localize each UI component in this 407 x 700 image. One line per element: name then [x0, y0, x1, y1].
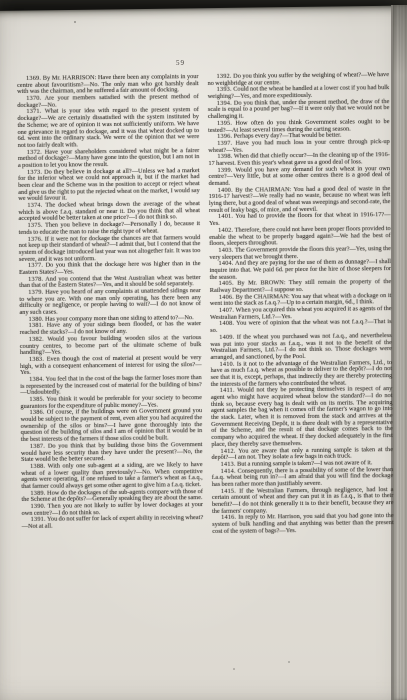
- qa-paragraph: 1373. Do they believe in dockage at all?…: [18, 168, 200, 203]
- qa-text: With only one sub-agent at a siding, are…: [21, 461, 203, 490]
- qa-text: Of course, if the buildings were on Gove…: [21, 407, 203, 443]
- qa-text: Do they believe in dockage at all?—Unles…: [18, 167, 200, 203]
- qa-text: Consequently, there is a possibility of …: [212, 466, 394, 488]
- qa-text: Do you think that by building those bins…: [21, 441, 203, 463]
- qa-text: Is it not to the advantage of the Westra…: [211, 359, 393, 388]
- qa-text: And they are paying for the use of them …: [210, 258, 392, 280]
- qa-paragraph: 1410. Is it not to the advantage of the …: [211, 360, 393, 389]
- qa-text: What is your idea with regard to the pre…: [17, 107, 199, 149]
- text-block: 1369. By Mr. HARRISON: Have there been a…: [17, 72, 394, 537]
- qa-text: How often do you think Government scales…: [208, 118, 390, 134]
- qa-text: You feel that in the cost of the bags th…: [20, 374, 202, 396]
- qa-text: Have you heard of any complaints at unat…: [19, 287, 201, 316]
- page-number: 59: [176, 59, 185, 67]
- qa-text: Would you have any demand for such wheat…: [209, 165, 391, 187]
- qa-text: Do you think that, under the present met…: [208, 98, 390, 120]
- left-column: 1369. By Mr. HARRISON: Have there been a…: [17, 74, 203, 537]
- qa-text: By the CHAIRMAN: You had a good deal of …: [209, 185, 391, 214]
- qa-text: Even though the cost of material at pres…: [20, 354, 202, 376]
- qa-text: By Mr. HARRISON: Have there been any com…: [17, 73, 199, 95]
- qa-paragraph: 1379. Have you heard of any complaints a…: [19, 288, 201, 317]
- scanned-page: { "page": { "number": "59" }, "columns":…: [0, 0, 407, 700]
- qa-paragraph: 1411. Would not they be protecting thems…: [211, 386, 393, 448]
- qa-paragraph: 1409. If the wheat you purchased was not…: [210, 333, 392, 362]
- qa-text: In reply to Mr. Harrison, you said that …: [212, 512, 394, 534]
- qa-paragraph: 1371. What is your idea with regard to t…: [17, 108, 199, 150]
- qa-paragraph: 1415. If the Westralian Farmers, through…: [212, 487, 394, 516]
- qa-paragraph: 1416. In reply to Mr. Harrison, you said…: [212, 513, 394, 535]
- scan-speck: [233, 668, 235, 670]
- qa-text: Have your shareholders considered what m…: [18, 147, 200, 169]
- qa-text: Would not they be protecting themselves …: [211, 385, 393, 447]
- right-column: 1392. Do you think you suffer by the wei…: [207, 72, 393, 535]
- qa-paragraph: 1386. Of course, if the buildings were o…: [21, 408, 203, 443]
- qa-paragraph: 1376. If it were not for dockage the cha…: [19, 235, 201, 264]
- question-number: 1401.: [218, 213, 233, 220]
- qa-paragraph: 1388. With only one sub-agent at a sidin…: [21, 462, 203, 491]
- scan-speck: [74, 21, 76, 23]
- qa-text: If the Westralian Farmers, through negli…: [212, 486, 394, 515]
- qa-text: If the wheat you purchased was not f.a.q…: [210, 332, 392, 361]
- qa-text: Therefore, there could not have been pro…: [209, 225, 391, 247]
- book-fore-edge: [391, 5, 407, 700]
- qa-text: If it were not for dockage the chances a…: [19, 234, 201, 263]
- scan-speck: [288, 661, 290, 663]
- question-number: 1408.: [219, 320, 234, 327]
- qa-text: The docked wheat brings down the average…: [18, 200, 200, 222]
- qa-text: You do not suffer for lack of expert abi…: [22, 514, 204, 530]
- qa-text: Would you favour building wooden silos a…: [20, 334, 202, 356]
- qa-paragraph: 1400. By the CHAIRMAN: You had a good de…: [209, 186, 391, 215]
- qa-paragraph: 1391. You do not suffer for lack of expe…: [22, 515, 204, 530]
